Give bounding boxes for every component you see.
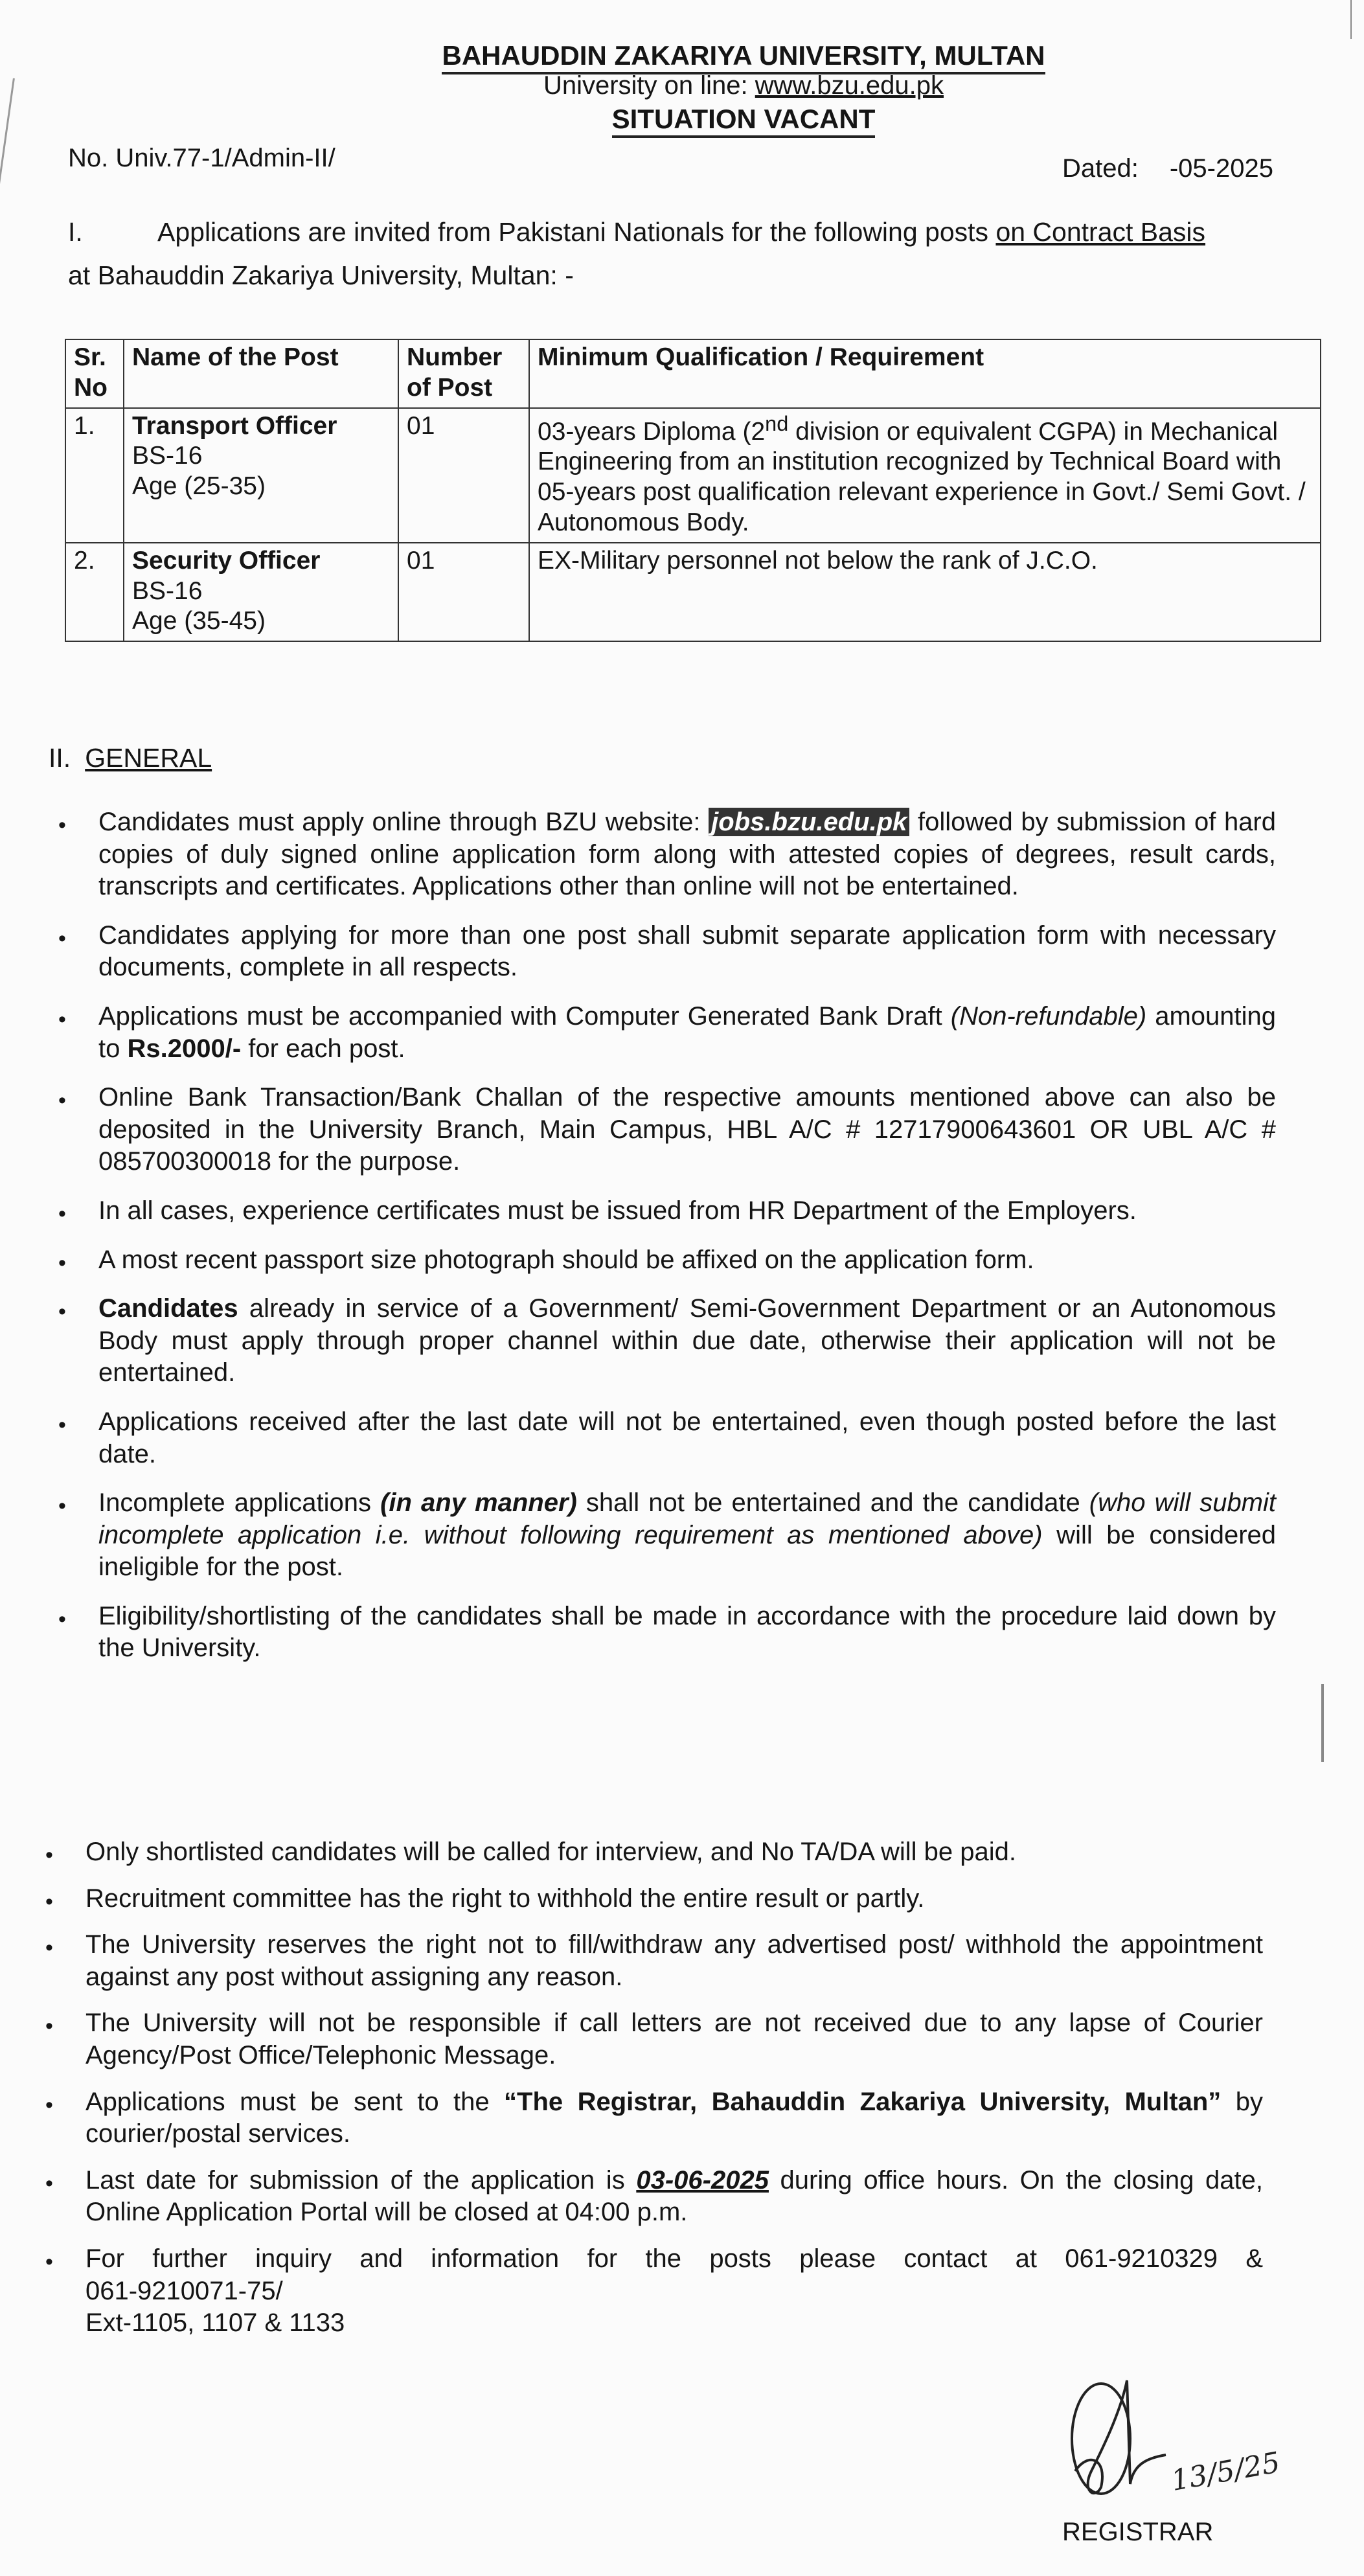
item-text: (in any manner) <box>380 1488 577 1517</box>
bullet-icon: • <box>58 1411 66 1439</box>
table-header-row: Sr. No Name of the Post Number of Post M… <box>65 339 1321 408</box>
table-row: 2. Security Officer BS-16 Age (35-45) 01… <box>65 543 1321 641</box>
contact-extensions: Ext-1105, 1107 & 1133 <box>85 2307 1263 2340</box>
university-name: BAHAUDDIN ZAKARIYA UNIVERSITY, MULTAN <box>62 39 1364 72</box>
notice-title-text: SITUATION VACANT <box>612 104 876 138</box>
item-text: Candidates must apply online through BZU… <box>98 808 709 836</box>
bullet-icon: • <box>58 812 66 839</box>
list-item: •Online Bank Transaction/Bank Challan of… <box>52 1082 1276 1178</box>
item-text: for each post. <box>241 1034 405 1063</box>
list-item: •The University reserves the right not t… <box>39 1929 1263 1993</box>
posts-table: Sr. No Name of the Post Number of Post M… <box>65 339 1321 642</box>
list-item: •Applications must be sent to the “The R… <box>39 2086 1263 2150</box>
bullet-icon: • <box>45 2170 53 2197</box>
item-text: Applications must be accompanied with Co… <box>98 1002 951 1031</box>
registrar-title: REGISTRAR <box>1062 2516 1213 2548</box>
list-item: •Candidates must apply online through BZ… <box>52 806 1276 903</box>
cell-sr: 1. <box>65 408 124 543</box>
item-text: Only shortlisted candidates will be call… <box>85 1838 1016 1866</box>
list-item: •Last date for submission of the applica… <box>39 2165 1263 2229</box>
list-item: •Only shortlisted candidates will be cal… <box>39 1836 1263 1869</box>
qualification-sup: nd <box>765 412 788 435</box>
dated-value: -05-2025 <box>1170 154 1273 183</box>
section-number: II. <box>49 743 71 773</box>
registrar-signature-icon: 13/5/25 <box>1062 2374 1282 2503</box>
item-text: Candidates <box>98 1294 238 1323</box>
item-text: In all cases, experience certificates mu… <box>98 1196 1137 1225</box>
header-post-name: Name of the Post <box>124 339 398 408</box>
item-text: Applications received after the last dat… <box>98 1408 1276 1468</box>
intro-line-2: at Bahauddin Zakariya University, Multan… <box>68 259 574 291</box>
bullet-icon: • <box>58 1606 66 1633</box>
jobs-portal-link[interactable]: jobs.bzu.edu.pk <box>709 808 909 836</box>
post-age: Age (35-45) <box>132 606 391 637</box>
section-number: I. <box>68 216 157 248</box>
list-item: •Incomplete applications (in any manner)… <box>52 1487 1276 1584</box>
list-item: •In all cases, experience certificates m… <box>52 1195 1276 1227</box>
item-text: Last date for submission of the applicat… <box>85 2166 636 2194</box>
item-text: Eligibility/shortlisting of the candidat… <box>98 1602 1276 1663</box>
post-name: Transport Officer <box>132 411 391 442</box>
post-name: Security Officer <box>132 546 391 576</box>
bullet-icon: • <box>45 2012 53 2040</box>
scan-edge-mark <box>1350 0 1352 39</box>
item-text: Applications must be sent to the <box>85 2088 504 2116</box>
bullet-icon: • <box>45 1934 53 1961</box>
header-qualification: Minimum Qualification / Requirement <box>529 339 1321 408</box>
item-text: Incomplete applications <box>98 1488 380 1517</box>
list-item: •Recruitment committee has the right to … <box>39 1883 1263 1915</box>
cell-count: 01 <box>398 408 529 543</box>
cell-qualification: 03-years Diploma (2nd division or equiva… <box>529 408 1321 543</box>
registrar-address: “The Registrar, Bahauddin Zakariya Unive… <box>504 2088 1221 2116</box>
cell-post: Transport Officer BS-16 Age (25-35) <box>124 408 398 543</box>
list-item: •The University will not be responsible … <box>39 2007 1263 2071</box>
last-date: 03-06-2025 <box>636 2166 769 2194</box>
item-text: (Non-refundable) <box>951 1002 1146 1031</box>
post-age: Age (25-35) <box>132 472 391 502</box>
post-scale: BS-16 <box>132 441 391 472</box>
general-title: GENERAL <box>85 743 212 773</box>
intro-text: Applications are invited from Pakistani … <box>157 217 995 247</box>
list-item: •A most recent passport size photograph … <box>52 1244 1276 1277</box>
job-advertisement-page: BAHAUDDIN ZAKARIYA UNIVERSITY, MULTAN Un… <box>0 0 1364 2576</box>
bullet-icon: • <box>58 1249 66 1277</box>
general-section-heading: II.GENERAL <box>49 742 212 774</box>
list-item: •Candidates applying for more than one p… <box>52 920 1276 984</box>
contact-line: For further inquiry and information for … <box>85 2243 1263 2275</box>
qualification-text: 03-years Diploma (2 <box>538 418 765 446</box>
bullet-icon: • <box>45 2092 53 2119</box>
university-online: University on line: www.bzu.edu.pk <box>62 70 1364 102</box>
table-row: 1. Transport Officer BS-16 Age (25-35) 0… <box>65 408 1321 543</box>
bullet-icon: • <box>58 1087 66 1114</box>
online-label: University on line: <box>543 71 755 100</box>
bullet-icon: • <box>45 2248 53 2275</box>
item-text: already in service of a Government/ Semi… <box>98 1294 1276 1387</box>
intro-paragraph: I.Applications are invited from Pakistan… <box>68 216 1324 248</box>
cell-count: 01 <box>398 543 529 641</box>
contract-basis-text: on Contract Basis <box>995 217 1205 247</box>
fee-amount: Rs.2000/- <box>127 1034 241 1063</box>
contact-line: 061-9210071-75/ <box>85 2275 1263 2308</box>
dated-label: Dated: <box>1062 154 1139 183</box>
cell-post: Security Officer BS-16 Age (35-45) <box>124 543 398 641</box>
scan-edge-mark <box>1321 1684 1324 1762</box>
bullet-icon: • <box>45 1841 53 1869</box>
header-number-of-post: Number of Post <box>398 339 529 408</box>
dated: Dated:-05-2025 <box>1062 153 1273 185</box>
cell-qualification: EX-Military personnel not below the rank… <box>529 543 1321 641</box>
list-item: •Applications must be accompanied with C… <box>52 1001 1276 1065</box>
svg-text:13/5/25: 13/5/25 <box>1168 2446 1282 2498</box>
item-text: The University will not be responsible i… <box>85 2009 1263 2069</box>
post-scale: BS-16 <box>132 576 391 607</box>
list-item: •Applications received after the last da… <box>52 1406 1276 1470</box>
list-item: •For further inquiry and information for… <box>39 2243 1263 2340</box>
terms-list: •Only shortlisted candidates will be cal… <box>39 1784 1263 2340</box>
cell-sr: 2. <box>65 543 124 641</box>
list-item: •Candidates already in service of a Gove… <box>52 1293 1276 1389</box>
bullet-icon: • <box>58 1492 66 1520</box>
item-text: shall not be entertained and the candida… <box>577 1488 1089 1517</box>
header-sr-no: Sr. No <box>65 339 124 408</box>
bullet-icon: • <box>58 1200 66 1227</box>
reference-number: No. Univ.77-1/Admin-II/ <box>68 142 335 174</box>
item-text: Online Bank Transaction/Bank Challan of … <box>98 1083 1276 1176</box>
bullet-icon: • <box>58 1006 66 1033</box>
list-item: •Eligibility/shortlisting of the candida… <box>52 1601 1276 1665</box>
bullet-icon: • <box>45 1888 53 1915</box>
bullet-icon: • <box>58 925 66 952</box>
item-text: A most recent passport size photograph s… <box>98 1246 1034 1274</box>
bullet-icon: • <box>58 1298 66 1325</box>
general-list: •Candidates must apply online through BZ… <box>52 774 1276 1665</box>
item-text: Recruitment committee has the right to w… <box>85 1884 924 1913</box>
scan-edge-mark <box>0 78 15 207</box>
university-website-link[interactable]: www.bzu.edu.pk <box>755 71 944 100</box>
item-text: The University reserves the right not to… <box>85 1930 1263 1991</box>
notice-title: SITUATION VACANT <box>62 102 1364 135</box>
item-text: Candidates applying for more than one po… <box>98 921 1276 982</box>
